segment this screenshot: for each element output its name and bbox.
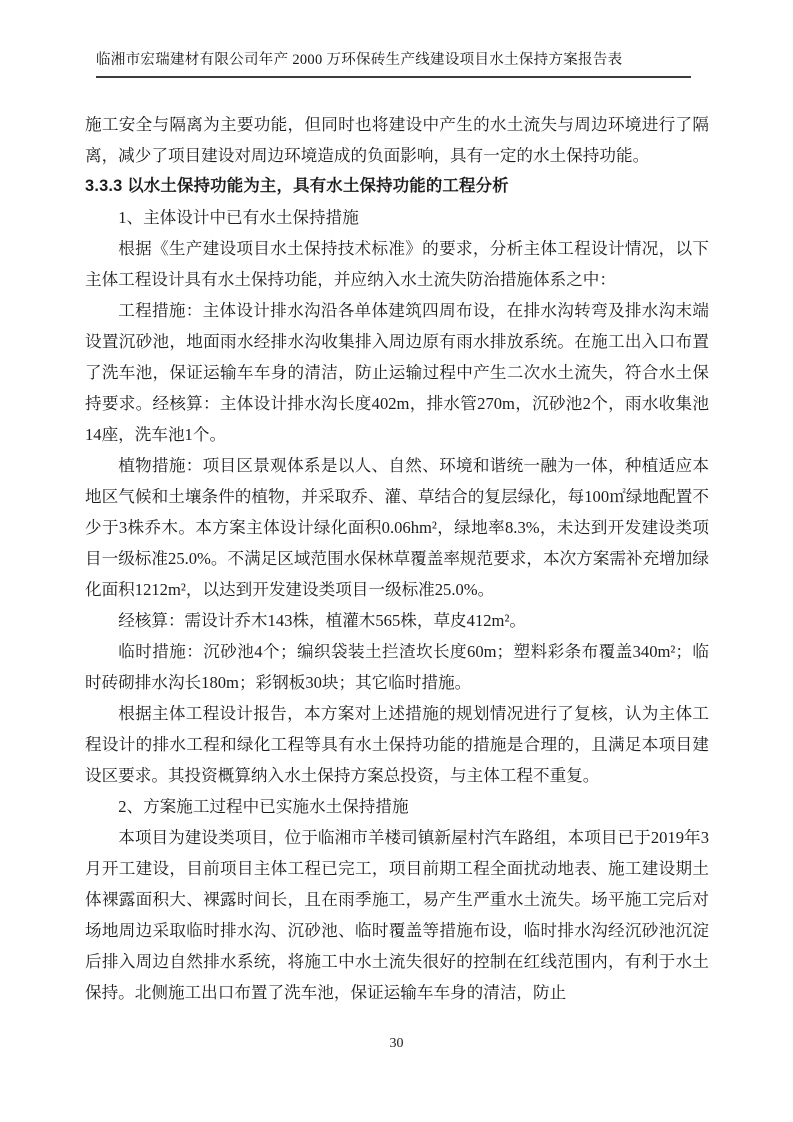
list-item-heading: 2、方案施工过程中已实施水土保持措施 (85, 791, 709, 822)
document-body: 施工安全与隔离为主要功能，但同时也将建设中产生的水土流失与周边环境进行了隔离，减… (85, 109, 709, 1008)
paragraph: 植物措施：项目区景观体系是以人、自然、环境和谐统一融为一体，种植适应本地区气候和… (85, 450, 709, 605)
document-page: 临湘市宏瑞建材有限公司年产 2000 万环保砖生产线建设项目水土保持方案报告表 … (0, 0, 793, 1122)
paragraph: 根据《生产建设项目水土保持技术标准》的要求，分析主体工程设计情况，以下主体工程设… (85, 233, 709, 295)
section-heading: 3.3.3 以水土保持功能为主，具有水土保持功能的工程分析 (85, 171, 709, 202)
paragraph: 本项目为建设类项目，位于临湘市羊楼司镇新屋村汽车路组，本项目已于2019年3月开… (85, 822, 709, 1008)
page-number: 30 (0, 1036, 793, 1052)
list-item-heading: 1、主体设计中已有水土保持措施 (85, 202, 709, 233)
page-header-title: 临湘市宏瑞建材有限公司年产 2000 万环保砖生产线建设项目水土保持方案报告表 (96, 50, 691, 78)
paragraph: 施工安全与隔离为主要功能，但同时也将建设中产生的水土流失与周边环境进行了隔离，减… (85, 109, 709, 171)
paragraph: 临时措施：沉砂池4个；编织袋装土拦渣坎长度60m；塑料彩条布覆盖340m²；临时… (85, 636, 709, 698)
paragraph: 工程措施：主体设计排水沟沿各单体建筑四周布设，在排水沟转弯及排水沟末端设置沉砂池… (85, 295, 709, 450)
paragraph: 经核算：需设计乔木143株，植灌木565株，草皮412m²。 (85, 605, 709, 636)
paragraph: 根据主体工程设计报告，本方案对上述措施的规划情况进行了复核，认为主体工程设计的排… (85, 698, 709, 791)
